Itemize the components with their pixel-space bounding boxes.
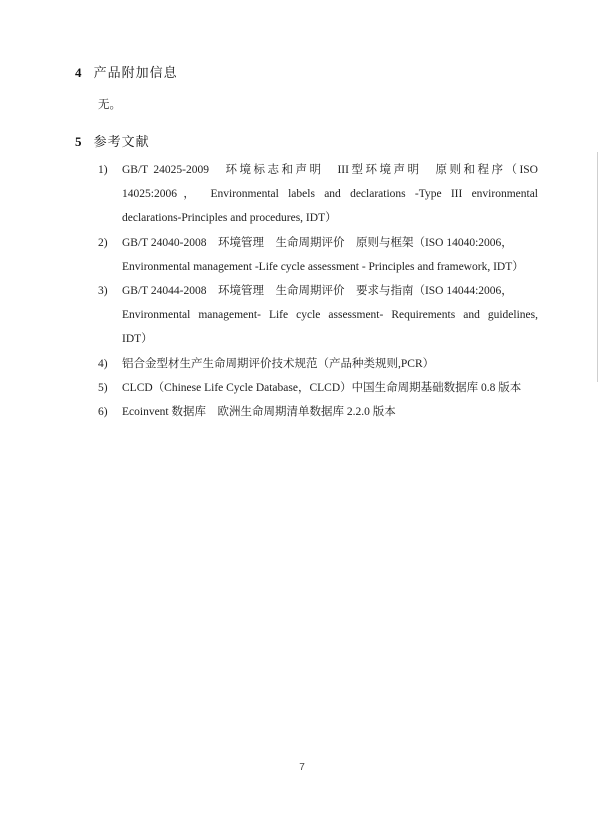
- section-number: 4: [75, 65, 83, 80]
- section-number: 5: [75, 134, 83, 149]
- reference-item: 1) GB/T 24025-2009 环境标志和声明 III型环境声明 原则和程…: [98, 158, 538, 231]
- reference-line: declarations-Principles and procedures, …: [122, 206, 538, 230]
- reference-item: 6) Ecoinvent 数据库 欧洲生命周期清单数据库 2.2.0 版本: [98, 400, 538, 424]
- reference-index: 6): [98, 400, 108, 424]
- reference-item: 2) GB/T 24040-2008 环境管理 生命周期评价 原则与框架（ISO…: [98, 231, 538, 279]
- section-title: 参考文献: [94, 135, 150, 150]
- reference-line: Ecoinvent 数据库 欧洲生命周期清单数据库 2.2.0 版本: [122, 400, 538, 424]
- reference-item: 4) 铝合金型材生产生命周期评价技术规范（产品种类规则,PCR）: [98, 352, 538, 376]
- reference-line: GB/T 24044-2008 环境管理 生命周期评价 要求与指南（ISO 14…: [122, 279, 538, 303]
- reference-list: 1) GB/T 24025-2009 环境标志和声明 III型环境声明 原则和程…: [98, 158, 538, 424]
- reference-item: 3) GB/T 24044-2008 环境管理 生命周期评价 要求与指南（ISO…: [98, 279, 538, 352]
- reference-index: 3): [98, 279, 108, 303]
- section-heading-5: 5 参考文献: [75, 131, 150, 150]
- section-heading-4: 4 产品附加信息: [75, 62, 178, 81]
- reference-line: GB/T 24040-2008 环境管理 生命周期评价 原则与框架（ISO 14…: [122, 231, 538, 255]
- reference-line: Environmental management- Life cycle ass…: [122, 303, 538, 327]
- reference-item: 5) CLCD（Chinese Life Cycle Database，CLCD…: [98, 376, 538, 400]
- reference-line: 铝合金型材生产生命周期评价技术规范（产品种类规则,PCR）: [122, 352, 538, 376]
- reference-line: Environmental management -Life cycle ass…: [122, 255, 538, 279]
- reference-line: 14025:2006， Environmental labels and dec…: [122, 182, 538, 206]
- reference-line: CLCD（Chinese Life Cycle Database，CLCD）中国…: [122, 376, 538, 400]
- reference-index: 5): [98, 376, 108, 400]
- reference-index: 2): [98, 231, 108, 255]
- reference-line: IDT）: [122, 327, 538, 351]
- reference-line: GB/T 24025-2009 环境标志和声明 III型环境声明 原则和程序（I…: [122, 158, 538, 182]
- document-page: 4 产品附加信息 无。 5 参考文献 1) GB/T 24025-2009 环境…: [0, 0, 604, 837]
- section-body: 无。: [98, 96, 121, 112]
- reference-index: 1): [98, 158, 108, 182]
- section-title: 产品附加信息: [94, 66, 178, 81]
- reference-index: 4): [98, 352, 108, 376]
- page-number: 7: [0, 762, 604, 773]
- scan-edge-line: [597, 152, 598, 382]
